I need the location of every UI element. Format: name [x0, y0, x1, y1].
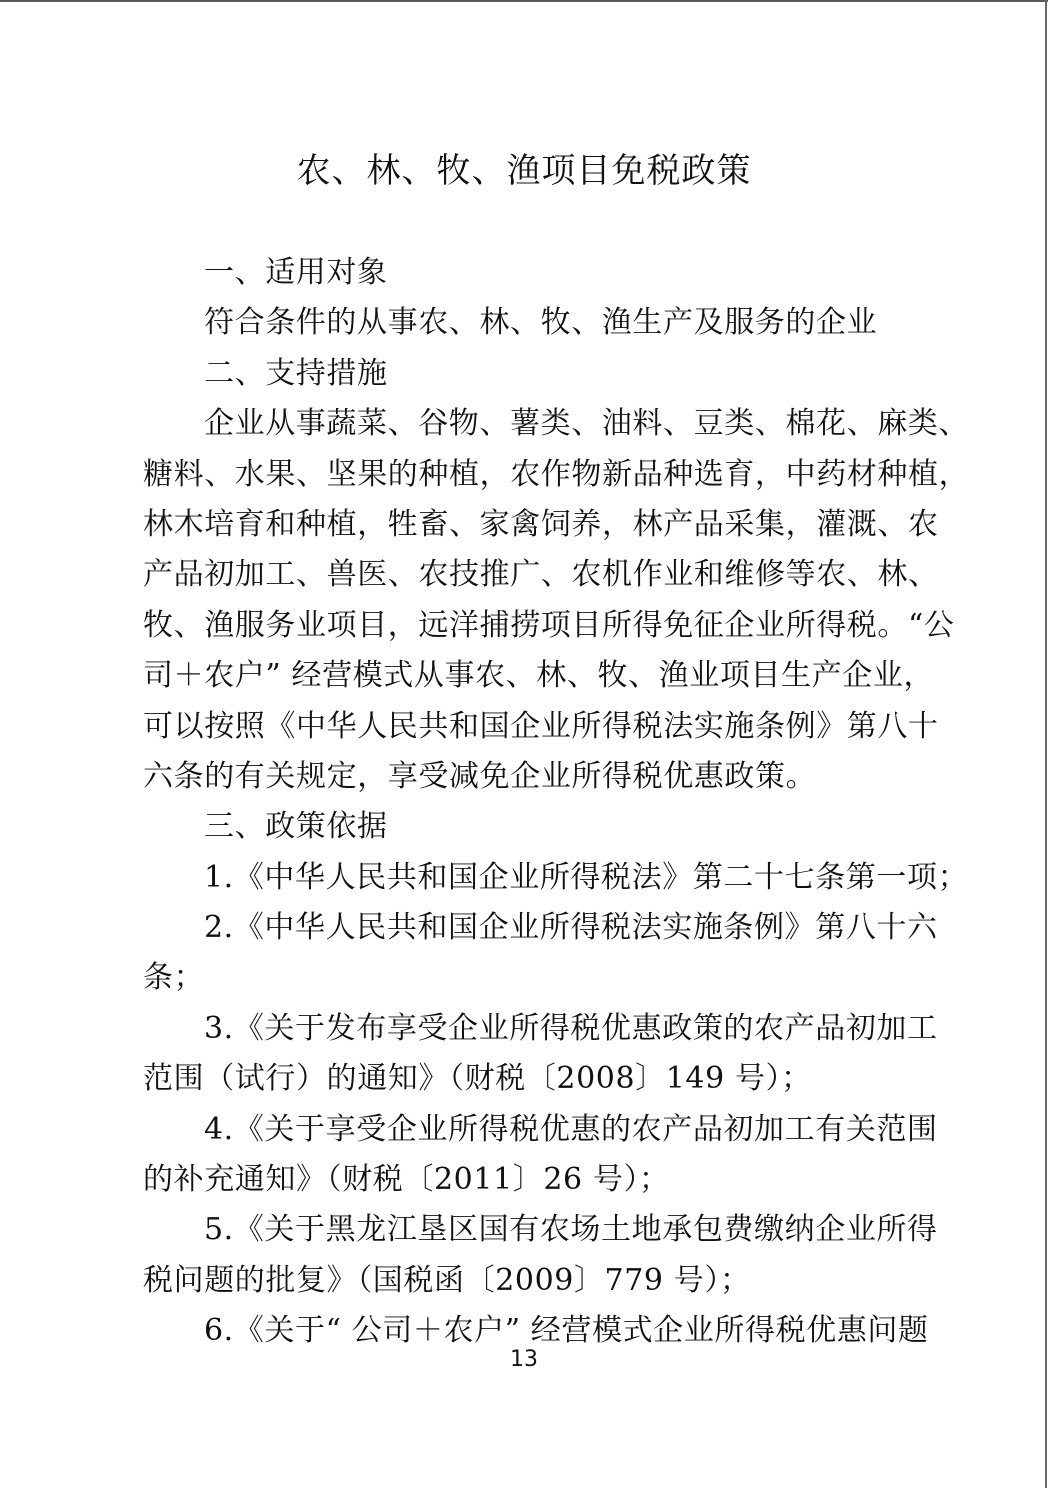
paragraph-scope: 符合条件的从事农、林、牧、渔生产及服务的企业	[143, 298, 908, 348]
basis-item-2: 2.《中华人民共和国企业所得税法实施条例》第八十六	[143, 903, 908, 953]
basis-item-1: 1.《中华人民共和国企业所得税法》第二十七条第一项；	[143, 853, 908, 903]
basis-item-3-cont: 范围（试行）的通知》（财税〔2008〕149 号）；	[143, 1054, 908, 1104]
section-heading-basis: 三、政策依据	[143, 802, 908, 852]
paragraph-line: 林木培育和种植，牲畜、家禽饲养，林产品采集，灌溉、农	[143, 500, 908, 550]
page-top-border	[0, 0, 1048, 2]
section-heading-scope: 一、适用对象	[143, 248, 908, 298]
basis-item-4-cont: 的补充通知》（财税〔2011〕26 号）；	[143, 1155, 908, 1205]
paragraph-line: 可以按照《中华人民共和国企业所得税法实施条例》第八十	[143, 702, 908, 752]
document-body: 一、适用对象 符合条件的从事农、林、牧、渔生产及服务的企业 二、支持措施 企业从…	[143, 248, 908, 1357]
basis-item-3: 3.《关于发布享受企业所得税优惠政策的农产品初加工	[143, 1004, 908, 1054]
section-heading-measures: 二、支持措施	[143, 349, 908, 399]
paragraph-line: 糖料、水果、坚果的种植，农作物新品种选育，中药材种植，	[143, 450, 908, 500]
paragraph-line: 司＋农户” 经营模式从事农、林、牧、渔业项目生产企业，	[143, 651, 908, 701]
paragraph-line: 产品初加工、兽医、农技推广、农机作业和维修等农、林、	[143, 550, 908, 600]
basis-item-5-cont: 税问题的批复》（国税函〔2009〕779 号）；	[143, 1256, 908, 1306]
basis-item-2-cont: 条；	[143, 953, 908, 1003]
paragraph-line: 牧、渔服务业项目，远洋捕捞项目所得免征企业所得税。“公	[143, 601, 908, 651]
page-right-border	[1045, 0, 1047, 1488]
paragraph-line: 企业从事蔬菜、谷物、薯类、油料、豆类、棉花、麻类、	[143, 399, 908, 449]
document-title: 农、林、牧、渔项目免税政策	[0, 148, 1048, 194]
paragraph-line: 六条的有关规定，享受减免企业所得税优惠政策。	[143, 752, 908, 802]
page-number: 13	[0, 1347, 1048, 1372]
basis-item-5: 5.《关于黑龙江垦区国有农场土地承包费缴纳企业所得	[143, 1205, 908, 1255]
basis-item-4: 4.《关于享受企业所得税优惠的农产品初加工有关范围	[143, 1105, 908, 1155]
